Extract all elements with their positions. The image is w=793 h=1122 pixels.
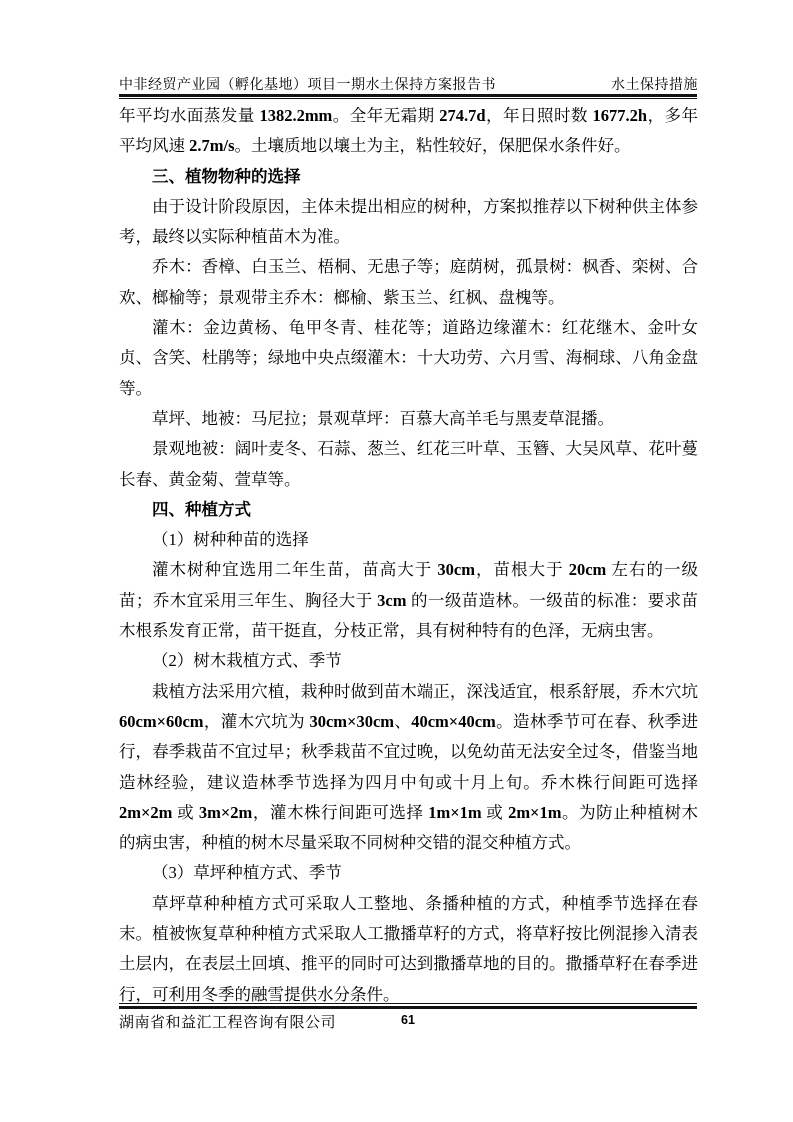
text-run: 2m×1m bbox=[508, 803, 561, 822]
text-run: 或 bbox=[482, 803, 508, 822]
paragraph-tree-planting-method: 栽植方法采用穴植，栽种时做到苗木端正，深浅适宜，根系舒展，乔木穴坑 60cm×6… bbox=[119, 677, 698, 859]
text-run: 四、种植方式 bbox=[152, 500, 251, 519]
header-document-title: 中非经贸产业园（孵化基地）项目一期水土保持方案报告书 bbox=[119, 74, 496, 94]
text-run: 草坪草种种植方式可采取人工整地、条播种植的方式，种植季节选择在春末。植被恢复草种… bbox=[119, 894, 698, 1004]
paragraph-design-stage-note: 由于设计阶段原因，主体未提出相应的树种，方案拟推荐以下树种供主体参考，最终以实际… bbox=[119, 192, 698, 253]
document-body: 年平均水面蒸发量 1382.2mm。全年无霜期 274.7d，年日照时数 167… bbox=[119, 101, 698, 1010]
text-run: 灌木树种宜选用二年生苗，苗高大于 bbox=[152, 560, 437, 579]
text-run: 草坪、地被：马尼拉；景观草坪：百慕大高羊毛与黑麦草混播。 bbox=[152, 409, 614, 428]
text-run: 年平均水面蒸发量 bbox=[119, 106, 259, 125]
paragraph-lawn-planting-method: 草坪草种种植方式可采取人工整地、条播种植的方式，种植季节选择在春末。植被恢复草种… bbox=[119, 889, 698, 1010]
footer-page-number: 61 bbox=[119, 1013, 697, 1027]
text-run: （1）树种种苗的选择 bbox=[152, 530, 309, 549]
header-rule bbox=[119, 94, 697, 99]
text-run: 3m×2m bbox=[199, 803, 252, 822]
text-run: 景观地被：阔叶麦冬、石蒜、葱兰、红花三叶草、玉簪、大吴风草、花叶蔓长春、黄金菊、… bbox=[119, 439, 698, 488]
paragraph-arbor-species: 乔木：香樟、白玉兰、梧桐、无患子等；庭荫树，孤景树：枫香、栾树、合欢、榔榆等；景… bbox=[119, 252, 698, 313]
paragraph-item3-title: （3）草坪种植方式、季节 bbox=[119, 858, 698, 888]
text-run: ，年日照时数 bbox=[486, 106, 593, 125]
document-page: 中非经贸产业园（孵化基地）项目一期水土保持方案报告书 水土保持措施 年平均水面蒸… bbox=[0, 0, 793, 1122]
text-run: 2m×2m bbox=[119, 803, 172, 822]
text-run: 60cm×60cm bbox=[119, 712, 204, 731]
text-run: 、 bbox=[394, 712, 411, 731]
text-run: 40cm×40cm bbox=[411, 712, 496, 731]
paragraph-seedling-selection: 灌木树种宜选用二年生苗，苗高大于 30cm，苗根大于 20cm 左右的一级苗；乔… bbox=[119, 555, 698, 646]
text-run: 或 bbox=[172, 803, 198, 822]
paragraph-lawn-groundcover: 草坪、地被：马尼拉；景观草坪：百慕大高羊毛与黑麦草混播。 bbox=[119, 404, 698, 434]
footer-rule bbox=[119, 1003, 697, 1009]
paragraph-item2-title: （2）树木栽植方式、季节 bbox=[119, 646, 698, 676]
paragraph-shrub-species: 灌木：金边黄杨、龟甲冬青、桂花等；道路边缘灌木：红花继木、金叶女贞、含笑、杜鹃等… bbox=[119, 313, 698, 404]
heading-planting-method: 四、种植方式 bbox=[119, 495, 698, 525]
text-run: 3cm bbox=[377, 591, 406, 610]
text-run: 30cm bbox=[437, 560, 475, 579]
text-run: （3）草坪种植方式、季节 bbox=[152, 863, 342, 882]
text-run: （2）树木栽植方式、季节 bbox=[152, 651, 342, 670]
text-run: ，灌木穴坑为 bbox=[204, 712, 310, 731]
text-run: 1677.2h bbox=[593, 106, 648, 125]
text-run: 由于设计阶段原因，主体未提出相应的树种，方案拟推荐以下树种供主体参考，最终以实际… bbox=[119, 197, 698, 246]
text-run: 三、植物物种的选择 bbox=[152, 167, 301, 186]
page-header: 中非经贸产业园（孵化基地）项目一期水土保持方案报告书 水土保持措施 bbox=[119, 70, 698, 94]
text-run: 。全年无霜期 bbox=[332, 106, 439, 125]
header-section-title: 水土保持措施 bbox=[611, 74, 698, 94]
text-run: ，苗根大于 bbox=[475, 560, 569, 579]
text-run: 20cm bbox=[569, 560, 607, 579]
text-run: ，灌木株行间距可选择 bbox=[252, 803, 428, 822]
text-run: 1382.2mm bbox=[259, 106, 332, 125]
paragraph-landscape-groundcover: 景观地被：阔叶麦冬、石蒜、葱兰、红花三叶草、玉簪、大吴风草、花叶蔓长春、黄金菊、… bbox=[119, 434, 698, 495]
text-run: 栽植方法采用穴植，栽种时做到苗木端正，深浅适宜，根系舒展，乔木穴坑 bbox=[152, 682, 698, 701]
text-run: 2.7m/s bbox=[189, 136, 234, 155]
text-run: 灌木：金边黄杨、龟甲冬青、桂花等；道路边缘灌木：红花继木、金叶女贞、含笑、杜鹃等… bbox=[119, 318, 698, 398]
page-footer: 湖南省和益汇工程咨询有限公司 61 bbox=[119, 1011, 697, 1033]
heading-plant-species-selection: 三、植物物种的选择 bbox=[119, 162, 698, 192]
text-run: 。土壤质地以壤土为主，粘性较好，保肥保水条件好。 bbox=[235, 136, 631, 155]
text-run: 274.7d bbox=[439, 106, 485, 125]
text-run: 30cm×30cm bbox=[309, 712, 394, 731]
text-run: 1m×1m bbox=[428, 803, 481, 822]
text-run: 乔木：香樟、白玉兰、梧桐、无患子等；庭荫树，孤景树：枫香、栾树、合欢、榔榆等；景… bbox=[119, 257, 698, 306]
paragraph-item1-title: （1）树种种苗的选择 bbox=[119, 525, 698, 555]
paragraph-climate-data: 年平均水面蒸发量 1382.2mm。全年无霜期 274.7d，年日照时数 167… bbox=[119, 101, 698, 162]
